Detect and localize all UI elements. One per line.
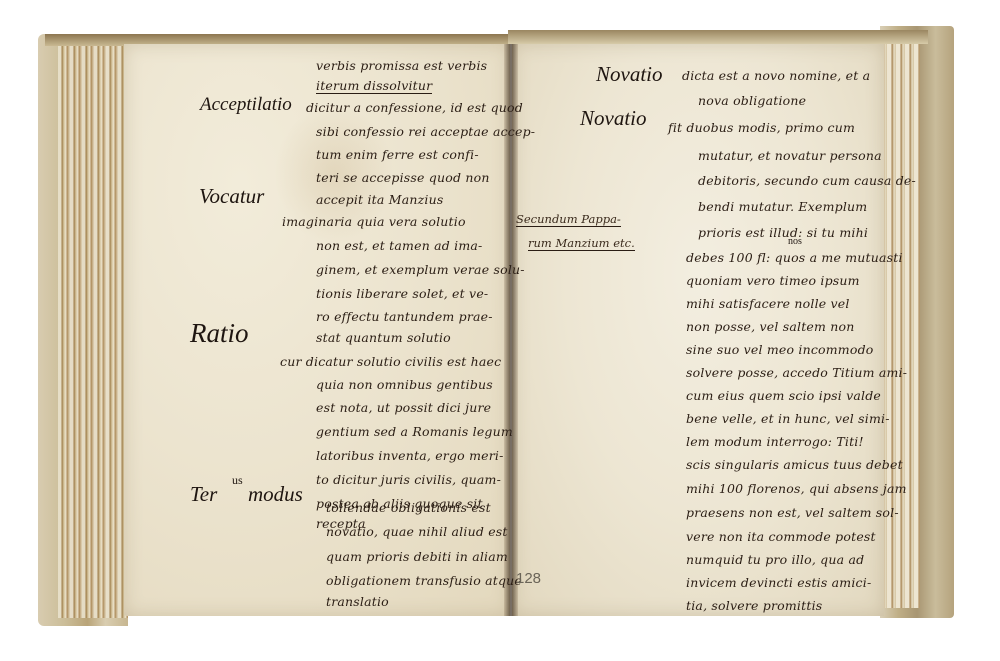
text-line: dicitur a confessione, id est quod (306, 100, 523, 115)
text-line: mutatur, et novatur persona (698, 148, 882, 163)
text-line: sine suo vel meo incommodo (686, 342, 874, 357)
right-page-edges (878, 38, 920, 608)
text-line: tollendae obligationis est (326, 500, 491, 515)
heading-novatio-1: Novatio (596, 62, 663, 87)
text-line: nova obligatione (698, 93, 806, 108)
text-line: vere non ita commode potest (686, 529, 876, 544)
text-line: mihi satisfacere nolle vel (686, 296, 850, 311)
text-line: numquid tu pro illo, qua ad (686, 552, 864, 567)
text-line: cur dicatur solutio civilis est haec (280, 354, 501, 369)
text-line: lem modum interrogo: Titi! (686, 434, 864, 449)
margin-note-line-1: Secundum Pappa- (516, 212, 621, 227)
text-line: latoribus inventa, ergo meri- (316, 448, 504, 463)
text-line: accepit ita Manzius (316, 192, 443, 207)
text-line: ro effectu tantundem prae- (316, 309, 493, 324)
text-line: imaginaria quia vera solutio (282, 214, 466, 229)
open-manuscript-book: Acceptilatio Vocatur Ratio us Ter modus … (0, 0, 1000, 661)
text-line: quia non omnibus gentibus (316, 377, 493, 392)
text-line: debitoris, secundo cum causa de- (698, 173, 916, 188)
page-number: 128 (516, 570, 541, 587)
inline-superscript: nos (788, 236, 802, 247)
text-line: dicta est a novo nomine, et a (682, 68, 870, 83)
text-line: obligationem transfusio atque (326, 573, 522, 588)
text-line: non posse, vel saltem non (686, 319, 854, 334)
left-page-edges (58, 38, 128, 618)
text-line: non est, et tamen ad ima- (316, 238, 482, 253)
text-line: teri se accepisse quod non (316, 170, 490, 185)
text-line: to dicitur juris civilis, quam- (316, 472, 501, 487)
text-line: stat quantum solutio (316, 330, 451, 345)
text-line: solvere posse, accedo Titium ami- (686, 365, 907, 380)
text-line: translatio (326, 594, 389, 609)
text-line: tionis liberare solet, et ve- (316, 286, 488, 301)
text-line: debes 100 fl: quos a me mutuasti (686, 250, 903, 265)
text-line: tia, solvere promittis (686, 598, 822, 613)
text-line: iterum dissolvitur (316, 78, 432, 94)
heading-novatio-2: Novatio (580, 106, 647, 131)
text-line: praesens non est, vel saltem sol- (686, 505, 899, 520)
text-line: bendi mutatur. Exemplum (698, 199, 867, 214)
text-line: gentium sed a Romanis legum (316, 424, 513, 439)
text-line: fit duobus modis, primo cum (668, 120, 855, 135)
text-line: sibi confessio rei acceptae accep- (316, 124, 535, 139)
text-line: invicem devincti estis amici- (686, 575, 871, 590)
text-line: verbis promissa est verbis (316, 58, 487, 73)
heading-acceptilatio: Acceptilatio (200, 94, 292, 116)
text-line: quam prioris debiti in aliam (326, 549, 508, 564)
text-line: est nota, ut possit dici jure (316, 400, 491, 415)
text-line: ginem, et exemplum verae solu- (316, 262, 525, 277)
heading-ter-superscript: us (232, 473, 243, 488)
margin-note-line-2: rum Manzium etc. (528, 236, 635, 251)
heading-ter: Ter (190, 482, 217, 507)
text-line: cum eius quem scio ipsi valde (686, 388, 881, 403)
heading-vocatur: Vocatur (199, 184, 264, 209)
text-line: prioris est illud: si tu mihi (698, 225, 868, 240)
heading-ratio: Ratio (190, 318, 249, 349)
heading-modus: modus (248, 482, 303, 507)
text-line: tum enim ferre est confi- (316, 147, 479, 162)
text-line: novatio, quae nihil aliud est (326, 524, 508, 539)
text-line: quoniam vero timeo ipsum (686, 273, 860, 288)
text-line: mihi 100 florenos, qui absens jam (686, 481, 907, 496)
text-line: bene velle, et in hunc, vel simi- (686, 411, 890, 426)
right-top-edge (508, 30, 928, 44)
text-line: scis singularis amicus tuus debet (686, 457, 903, 472)
